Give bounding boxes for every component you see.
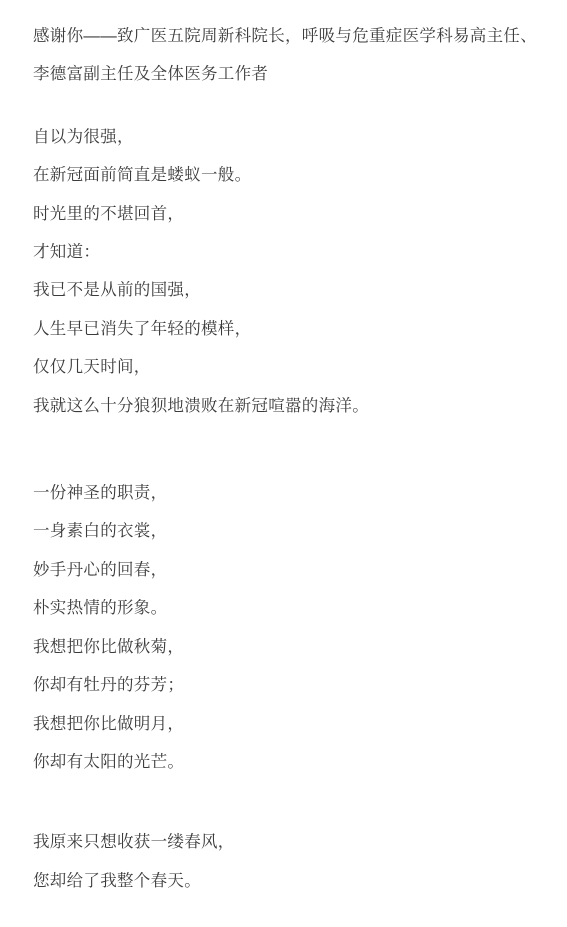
poem-line: 您却给了我整个春天。 — [33, 862, 539, 900]
poem-stanza-2: 一份神圣的职责， 一身素白的衣裳， 妙手丹心的回春， 朴实热情的形象。 我想把你… — [33, 474, 539, 781]
poem-line: 我就这么十分狼狈地溃败在新冠喧嚣的海洋。 — [33, 387, 539, 425]
document-page: 感谢你——致广医五院周新科院长，呼吸与危重症医学科易高主任、 李德富副主任及全体… — [0, 0, 567, 927]
poem-line: 在新冠面前简直是蝼蚁一般。 — [33, 156, 539, 194]
poem-line: 我已不是从前的国强， — [33, 271, 539, 309]
poem-line: 我想把你比做秋菊， — [33, 628, 539, 666]
poem-title-line-2: 李德富副主任及全体医务工作者 — [33, 55, 539, 93]
poem-title: 感谢你——致广医五院周新科院长，呼吸与危重症医学科易高主任、 李德富副主任及全体… — [33, 17, 539, 94]
poem-stanza-1: 自以为很强， 在新冠面前简直是蝼蚁一般。 时光里的不堪回首， 才知道： 我已不是… — [33, 118, 539, 425]
poem-line: 我想把你比做明月， — [33, 705, 539, 743]
poem-line: 妙手丹心的回春， — [33, 551, 539, 589]
poem-line: 时光里的不堪回首， — [33, 195, 539, 233]
poem-line: 你却有牡丹的芬芳； — [33, 666, 539, 704]
poem-line: 你却有太阳的光芒。 — [33, 743, 539, 781]
poem-line: 一身素白的衣裳， — [33, 512, 539, 550]
poem-line: 才知道： — [33, 233, 539, 271]
stanza-spacer — [33, 781, 539, 823]
poem-line: 仅仅几天时间， — [33, 348, 539, 386]
poem-line: 我原来只想收获一缕春风， — [33, 823, 539, 861]
stanza-spacer — [33, 425, 539, 474]
poem-line: 朴实热情的形象。 — [33, 589, 539, 627]
poem-line: 自以为很强， — [33, 118, 539, 156]
poem-title-line-1: 感谢你——致广医五院周新科院长，呼吸与危重症医学科易高主任、 — [33, 17, 539, 55]
document-content: 感谢你——致广医五院周新科院长，呼吸与危重症医学科易高主任、 李德富副主任及全体… — [0, 0, 567, 900]
poem-stanza-3: 我原来只想收获一缕春风， 您却给了我整个春天。 — [33, 823, 539, 900]
poem-line: 一份神圣的职责， — [33, 474, 539, 512]
poem-line: 人生早已消失了年轻的模样， — [33, 310, 539, 348]
